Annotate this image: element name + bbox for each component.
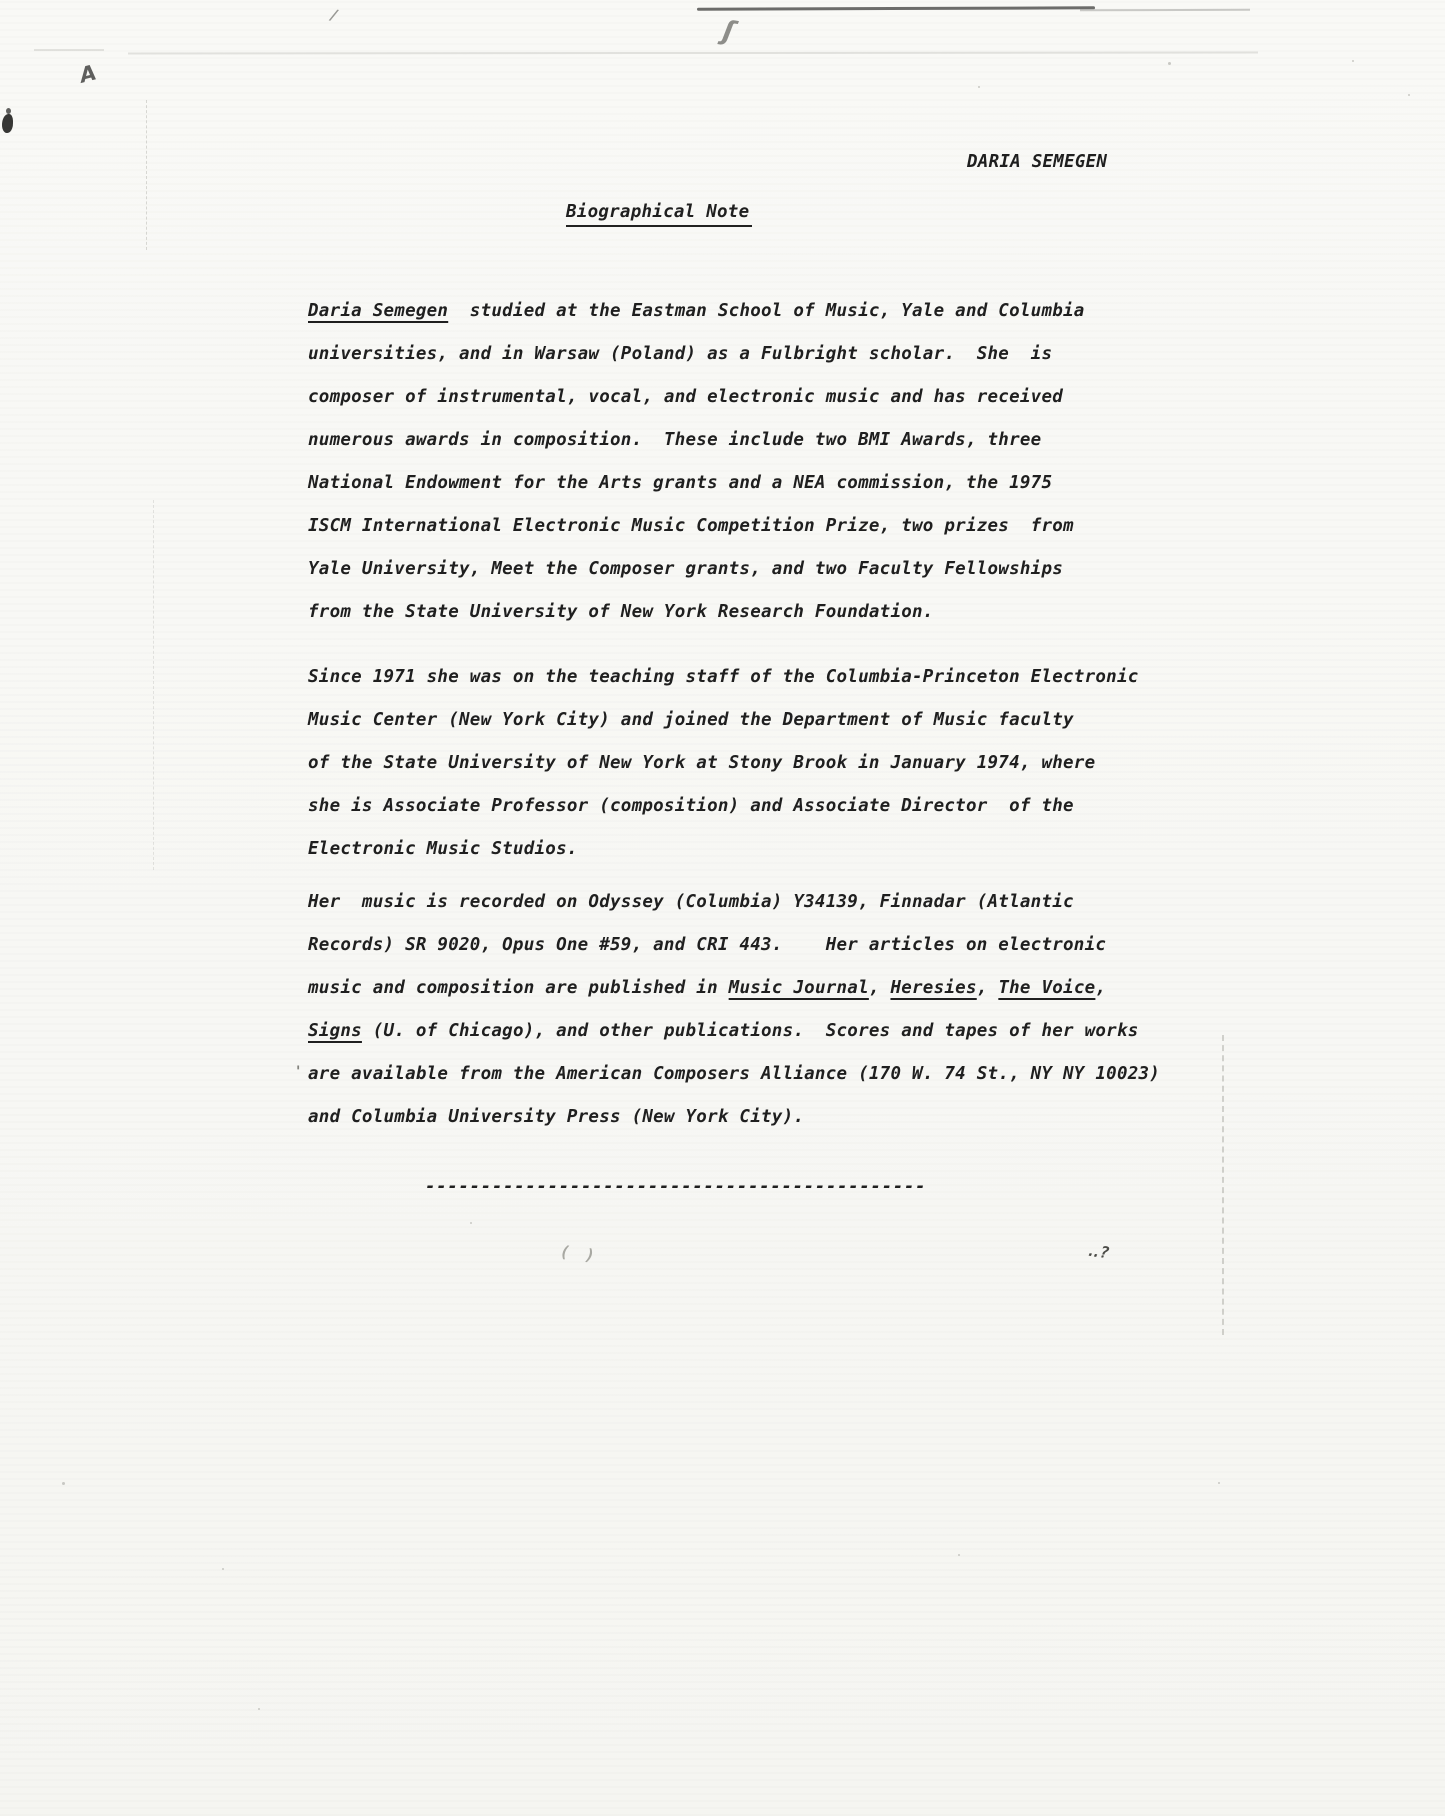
bottom-right-pencil-mark: ‥? xyxy=(1087,1240,1112,1262)
paragraph: Her music is recorded on Odyssey (Columb… xyxy=(308,881,1288,1139)
scan-line-faint xyxy=(128,52,1258,55)
separator-dashes: ----------------------------------------… xyxy=(425,1166,1288,1209)
text-line: numerous awards in composition. These in… xyxy=(308,419,1288,462)
text-segment: of the State University of New York at S… xyxy=(308,753,1095,773)
paper-speck xyxy=(62,1482,65,1485)
text-segment: Music Center (New York City) and joined … xyxy=(308,710,1074,730)
text-segment: numerous awards in composition. These in… xyxy=(308,430,1041,450)
paper-speck xyxy=(1408,94,1410,96)
ink-blot-mark-small xyxy=(6,108,11,114)
text-segment: , xyxy=(869,978,891,998)
squiggle-mark: ʃ xyxy=(720,15,736,47)
underlined-text: Daria Semegen xyxy=(308,301,448,321)
slash-mark: / xyxy=(328,5,341,24)
paper-speck xyxy=(222,1568,224,1570)
text-line: are available from the American Composer… xyxy=(308,1053,1288,1096)
paper-speck xyxy=(978,86,980,88)
text-line: Her music is recorded on Odyssey (Columb… xyxy=(308,881,1288,924)
author-name: DARIA SEMEGEN xyxy=(967,152,1107,172)
ink-blot-mark xyxy=(2,114,13,133)
text-segment: and Columbia University Press (New York … xyxy=(308,1107,804,1127)
text-line: Yale University, Meet the Composer grant… xyxy=(308,548,1288,591)
document-body: Daria Semegen studied at the Eastman Sch… xyxy=(308,290,1288,1209)
underlined-text: Heresies xyxy=(890,978,976,998)
paragraph: Since 1971 she was on the teaching staff… xyxy=(308,656,1288,871)
text-line: National Endowment for the Arts grants a… xyxy=(308,462,1288,505)
text-segment: , xyxy=(1095,978,1106,998)
paper-speck xyxy=(958,1554,960,1556)
text-line: composer of instrumental, vocal, and ele… xyxy=(308,376,1288,419)
text-segment: Records) SR 9020, Opus One #59, and CRI … xyxy=(308,935,1106,955)
text-line: Signs (U. of Chicago), and other publica… xyxy=(308,1010,1288,1053)
stray-apostrophe-mark: ' xyxy=(294,1064,302,1080)
underlined-text: Music Journal xyxy=(729,978,869,998)
text-segment: universities, and in Warsaw (Poland) as … xyxy=(308,344,1052,364)
text-segment: Her music is recorded on Odyssey (Columb… xyxy=(308,892,1074,912)
text-segment: composer of instrumental, vocal, and ele… xyxy=(308,387,1063,407)
paper-speck xyxy=(1218,1482,1220,1484)
text-line: Music Center (New York City) and joined … xyxy=(308,699,1288,742)
separator-row: ----------------------------------------… xyxy=(308,1166,1288,1209)
scan-streak-top-tail xyxy=(1080,9,1250,12)
paragraph: Daria Semegen studied at the Eastman Sch… xyxy=(308,290,1288,634)
text-segment: she is Associate Professor (composition)… xyxy=(308,796,1074,816)
bottom-left-pencil-marks: ( ) xyxy=(559,1242,599,1265)
scanned-page: ʃ / A ' ( ) ‥? DARIA SEMEGEN Biographica… xyxy=(0,0,1445,1816)
text-line: Records) SR 9020, Opus One #59, and CRI … xyxy=(308,924,1288,967)
paper-speck xyxy=(258,1708,260,1710)
text-line: and Columbia University Press (New York … xyxy=(308,1096,1288,1139)
text-segment: (U. of Chicago), and other publications.… xyxy=(362,1021,1139,1041)
text-line: she is Associate Professor (composition)… xyxy=(308,785,1288,828)
paper-speck xyxy=(1352,60,1354,62)
text-line: Daria Semegen studied at the Eastman Sch… xyxy=(308,290,1288,333)
handwritten-letter-mark: A xyxy=(77,60,99,87)
text-line: from the State University of New York Re… xyxy=(308,591,1288,634)
text-segment: Yale University, Meet the Composer grant… xyxy=(308,559,1063,579)
text-line: universities, and in Warsaw (Poland) as … xyxy=(308,333,1288,376)
text-segment: Since 1971 she was on the teaching staff… xyxy=(308,667,1139,687)
text-segment: ISCM International Electronic Music Comp… xyxy=(308,516,1074,536)
scan-line-faint-left xyxy=(34,49,104,51)
scan-streak-top xyxy=(697,6,1095,10)
paper-speck xyxy=(470,1222,472,1224)
text-segment: from the State University of New York Re… xyxy=(308,602,934,622)
text-line: ISCM International Electronic Music Comp… xyxy=(308,505,1288,548)
text-segment: , xyxy=(977,978,999,998)
text-line: Electronic Music Studios. xyxy=(308,828,1288,871)
text-segment: National Endowment for the Arts grants a… xyxy=(308,473,1052,493)
text-segment: music and composition are published in xyxy=(308,978,729,998)
left-fold-line-lower xyxy=(153,500,154,870)
underlined-text: The Voice xyxy=(998,978,1095,998)
left-fold-line-upper xyxy=(146,100,147,250)
text-line: music and composition are published in M… xyxy=(308,967,1288,1010)
text-line: Since 1971 she was on the teaching staff… xyxy=(308,656,1288,699)
underlined-text: Signs xyxy=(308,1021,362,1041)
text-segment: studied at the Eastman School of Music, … xyxy=(448,301,1084,321)
text-line: of the State University of New York at S… xyxy=(308,742,1288,785)
paper-speck xyxy=(1168,62,1171,65)
text-segment: Electronic Music Studios. xyxy=(308,839,578,859)
text-segment: are available from the American Composer… xyxy=(308,1064,1160,1084)
page-title: Biographical Note xyxy=(566,202,752,227)
